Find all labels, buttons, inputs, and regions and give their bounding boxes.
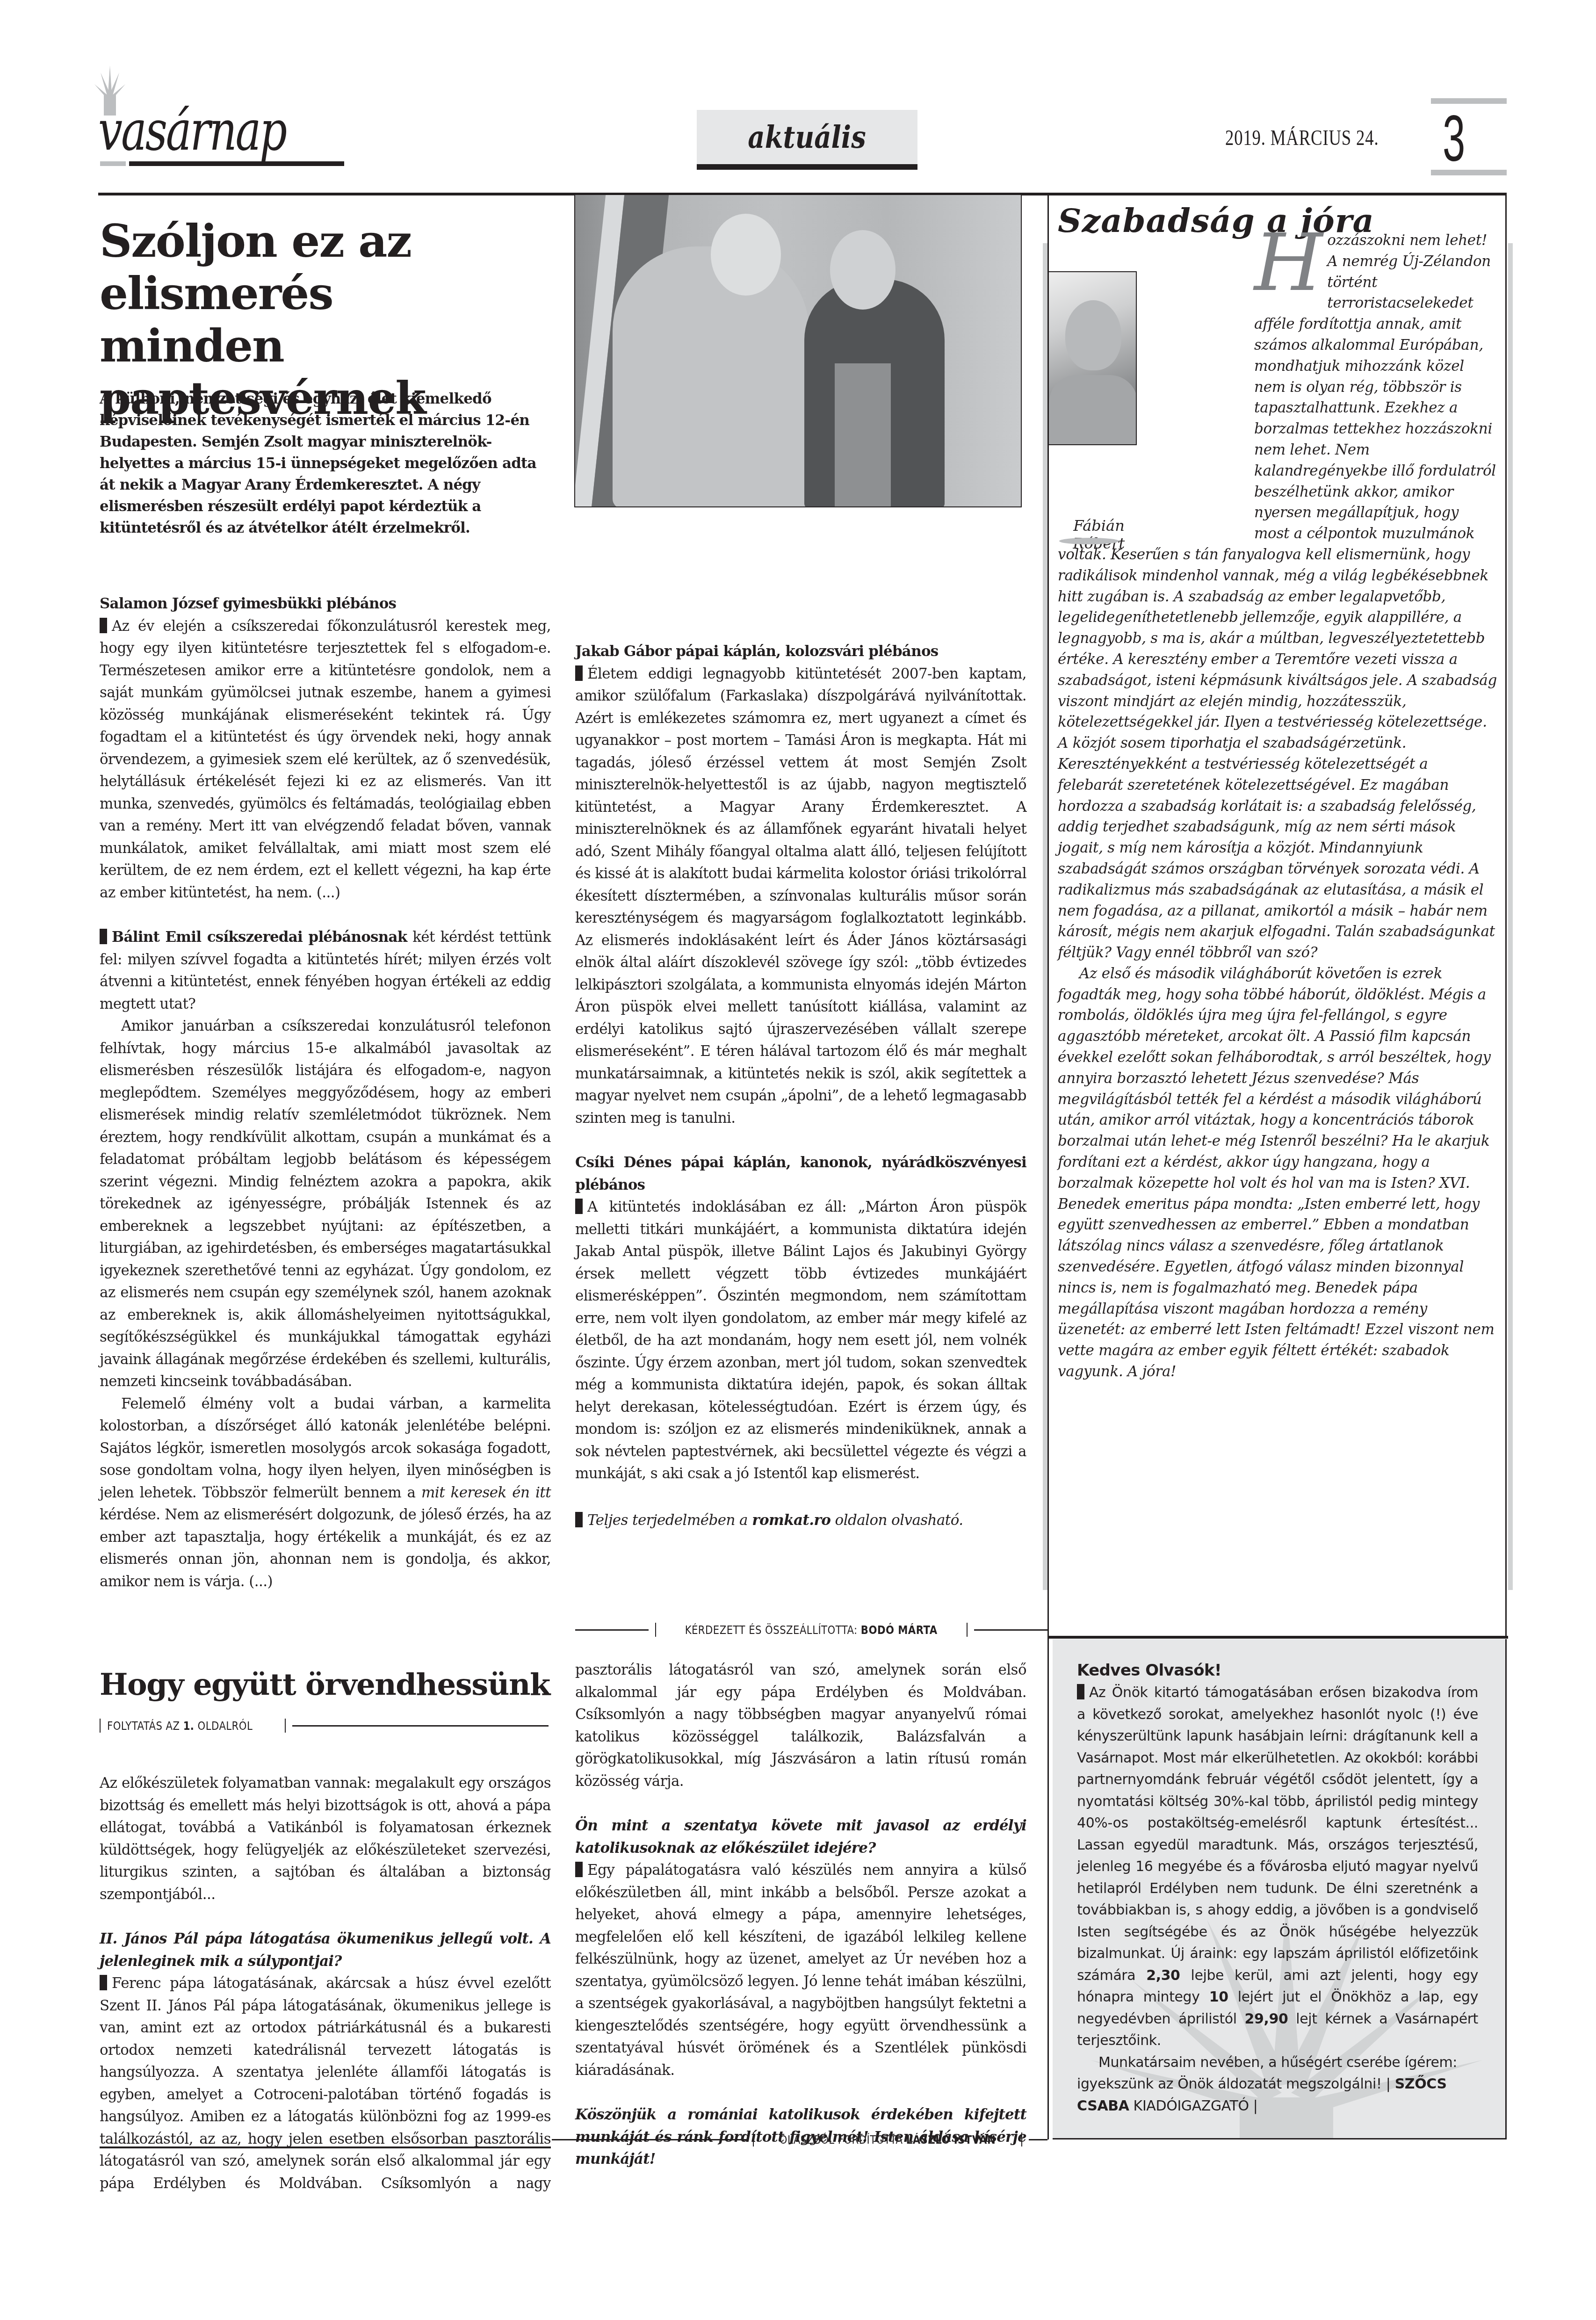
square-bullet-icon [575, 1199, 583, 1214]
article-photo [574, 194, 1022, 507]
square-bullet-icon [100, 929, 107, 944]
article-column-2: pasztorális látogatásról van szó, amelyn… [575, 1659, 1026, 2171]
price-issue: 2,30 [1146, 1967, 1180, 1984]
author-photo [1048, 271, 1137, 445]
answer-paragraph: Felemelő élmény volt a budai várban, a k… [100, 1393, 551, 1593]
price-quarter: 29,90 [1245, 2011, 1288, 2027]
article-column-1: Az előkészületek folyamatban vannak: meg… [100, 1772, 551, 2193]
answer-paragraph: Az év elején a csíkszeredai főkonzulátus… [100, 615, 551, 904]
notice-title: Kedves Olvasók! [1077, 1659, 1478, 1682]
square-bullet-icon [1077, 1684, 1084, 1699]
answer-paragraph: Életem eddigi legnagyobb kitüntetését 20… [575, 663, 1026, 1130]
interviewee-heading: Bálint Emil csíkszeredai plébánosnak [112, 929, 407, 946]
interview-question: II. János Pál pápa látogatása ökumenikus… [100, 1928, 551, 1973]
section-rule [1047, 1636, 1508, 1639]
page-number-bar [1431, 170, 1507, 175]
price-month: 10 [1209, 1989, 1228, 2005]
signature-title: KIADÓIGAZGATÓ | [1129, 2098, 1257, 2114]
masthead: vasárnap aktuális 2019. MÁRCIUS 24. 3 [0, 0, 1596, 196]
intro-paragraph: Az előkészületek folyamatban vannak: meg… [100, 1772, 551, 1906]
section-label: aktuális [748, 119, 866, 155]
square-bullet-icon [575, 665, 583, 681]
answer-paragraph: Amikor januárban a csíkszeredai konzulát… [100, 1015, 551, 1393]
answer-paragraph: Egy pápalátogatásra való készülés nem an… [575, 1859, 1026, 2081]
section-tab[interactable]: aktuális [697, 110, 917, 170]
answer-paragraph: A kitüntetés indoklásában ez áll: „Márto… [575, 1196, 1026, 1485]
notice-panel: Kedves Olvasók! Az Önök kitartó támogatá… [1053, 1639, 1507, 2139]
article-lead: A külhoni, nemzetiségi és egyházi élet k… [100, 388, 551, 539]
article-headline: Hogy együtt örvendhessünk [100, 1667, 550, 1702]
logo-underline [100, 161, 343, 166]
page-number: 3 [1443, 101, 1465, 176]
continued-page-link[interactable]: 1. [183, 1719, 195, 1733]
section-rule [100, 2147, 551, 2148]
read-more-note: Teljes terjedelmében a romkat.ro oldalon… [575, 1510, 1026, 1532]
romkat-link[interactable]: romkat.ro [752, 1512, 830, 1529]
translator-name: LÁSZLÓ ISTVÁN [906, 2133, 996, 2147]
continued-from: FOLYTATÁS AZ 1. OLDALRÓL [100, 1716, 549, 1735]
answer-paragraph: Ferenc pápa látogatásának, akárcsak a hú… [100, 1973, 551, 2193]
article-column-2: Jakab Gábor pápai káplán, kolozsvári plé… [575, 574, 1026, 1532]
author-byline: Fábián Róbert [1059, 517, 1139, 552]
article-credit: OLASZBÓL FORDÍTOTTA LÁSZLÓ ISTVÁN [552, 2130, 1047, 2149]
newspaper-logo[interactable]: vasárnap [98, 98, 286, 163]
author-name: BODÓ MÁRTA [861, 1623, 938, 1637]
interviewee-heading: Jakab Gábor pápai káplán, kolozsvári plé… [575, 641, 1026, 663]
article-credit: KÉRDEZETT ÉS ÖSSZEÁLLÍTOTTA: BODÓ MÁRTA [575, 1620, 1047, 1639]
notice-paragraph: Az Önök kitartó támogatásában erősen biz… [1077, 1682, 1478, 2052]
square-bullet-icon [100, 618, 107, 633]
interview-question: Ön mint a szentatya követe mit javasol a… [575, 1815, 1026, 1859]
interviewee-heading: Csíki Dénes pápai káplán, kanonok, nyárá… [575, 1152, 1026, 1196]
square-bullet-icon [575, 1862, 583, 1877]
notice-paragraph: Munkatársaim nevében, a hűségért cserébe… [1077, 2052, 1478, 2118]
editorial-paragraph: Az első és második világháborút követően… [1058, 963, 1497, 1382]
answer-continued: pasztorális látogatásról van szó, amelyn… [575, 1659, 1026, 1792]
square-bullet-icon [575, 1512, 583, 1527]
square-bullet-icon [100, 1975, 107, 1990]
issue-date: 2019. MÁRCIUS 24. [1225, 125, 1379, 150]
article-column-1: Salamon József gyimesbükki plébános Az é… [100, 593, 551, 1593]
interviewee-heading: Salamon József gyimesbükki plébános [100, 593, 551, 615]
dropcap: H [1254, 230, 1322, 296]
question-paragraph: Bálint Emil csíkszeredai plébánosnak két… [100, 926, 551, 1015]
